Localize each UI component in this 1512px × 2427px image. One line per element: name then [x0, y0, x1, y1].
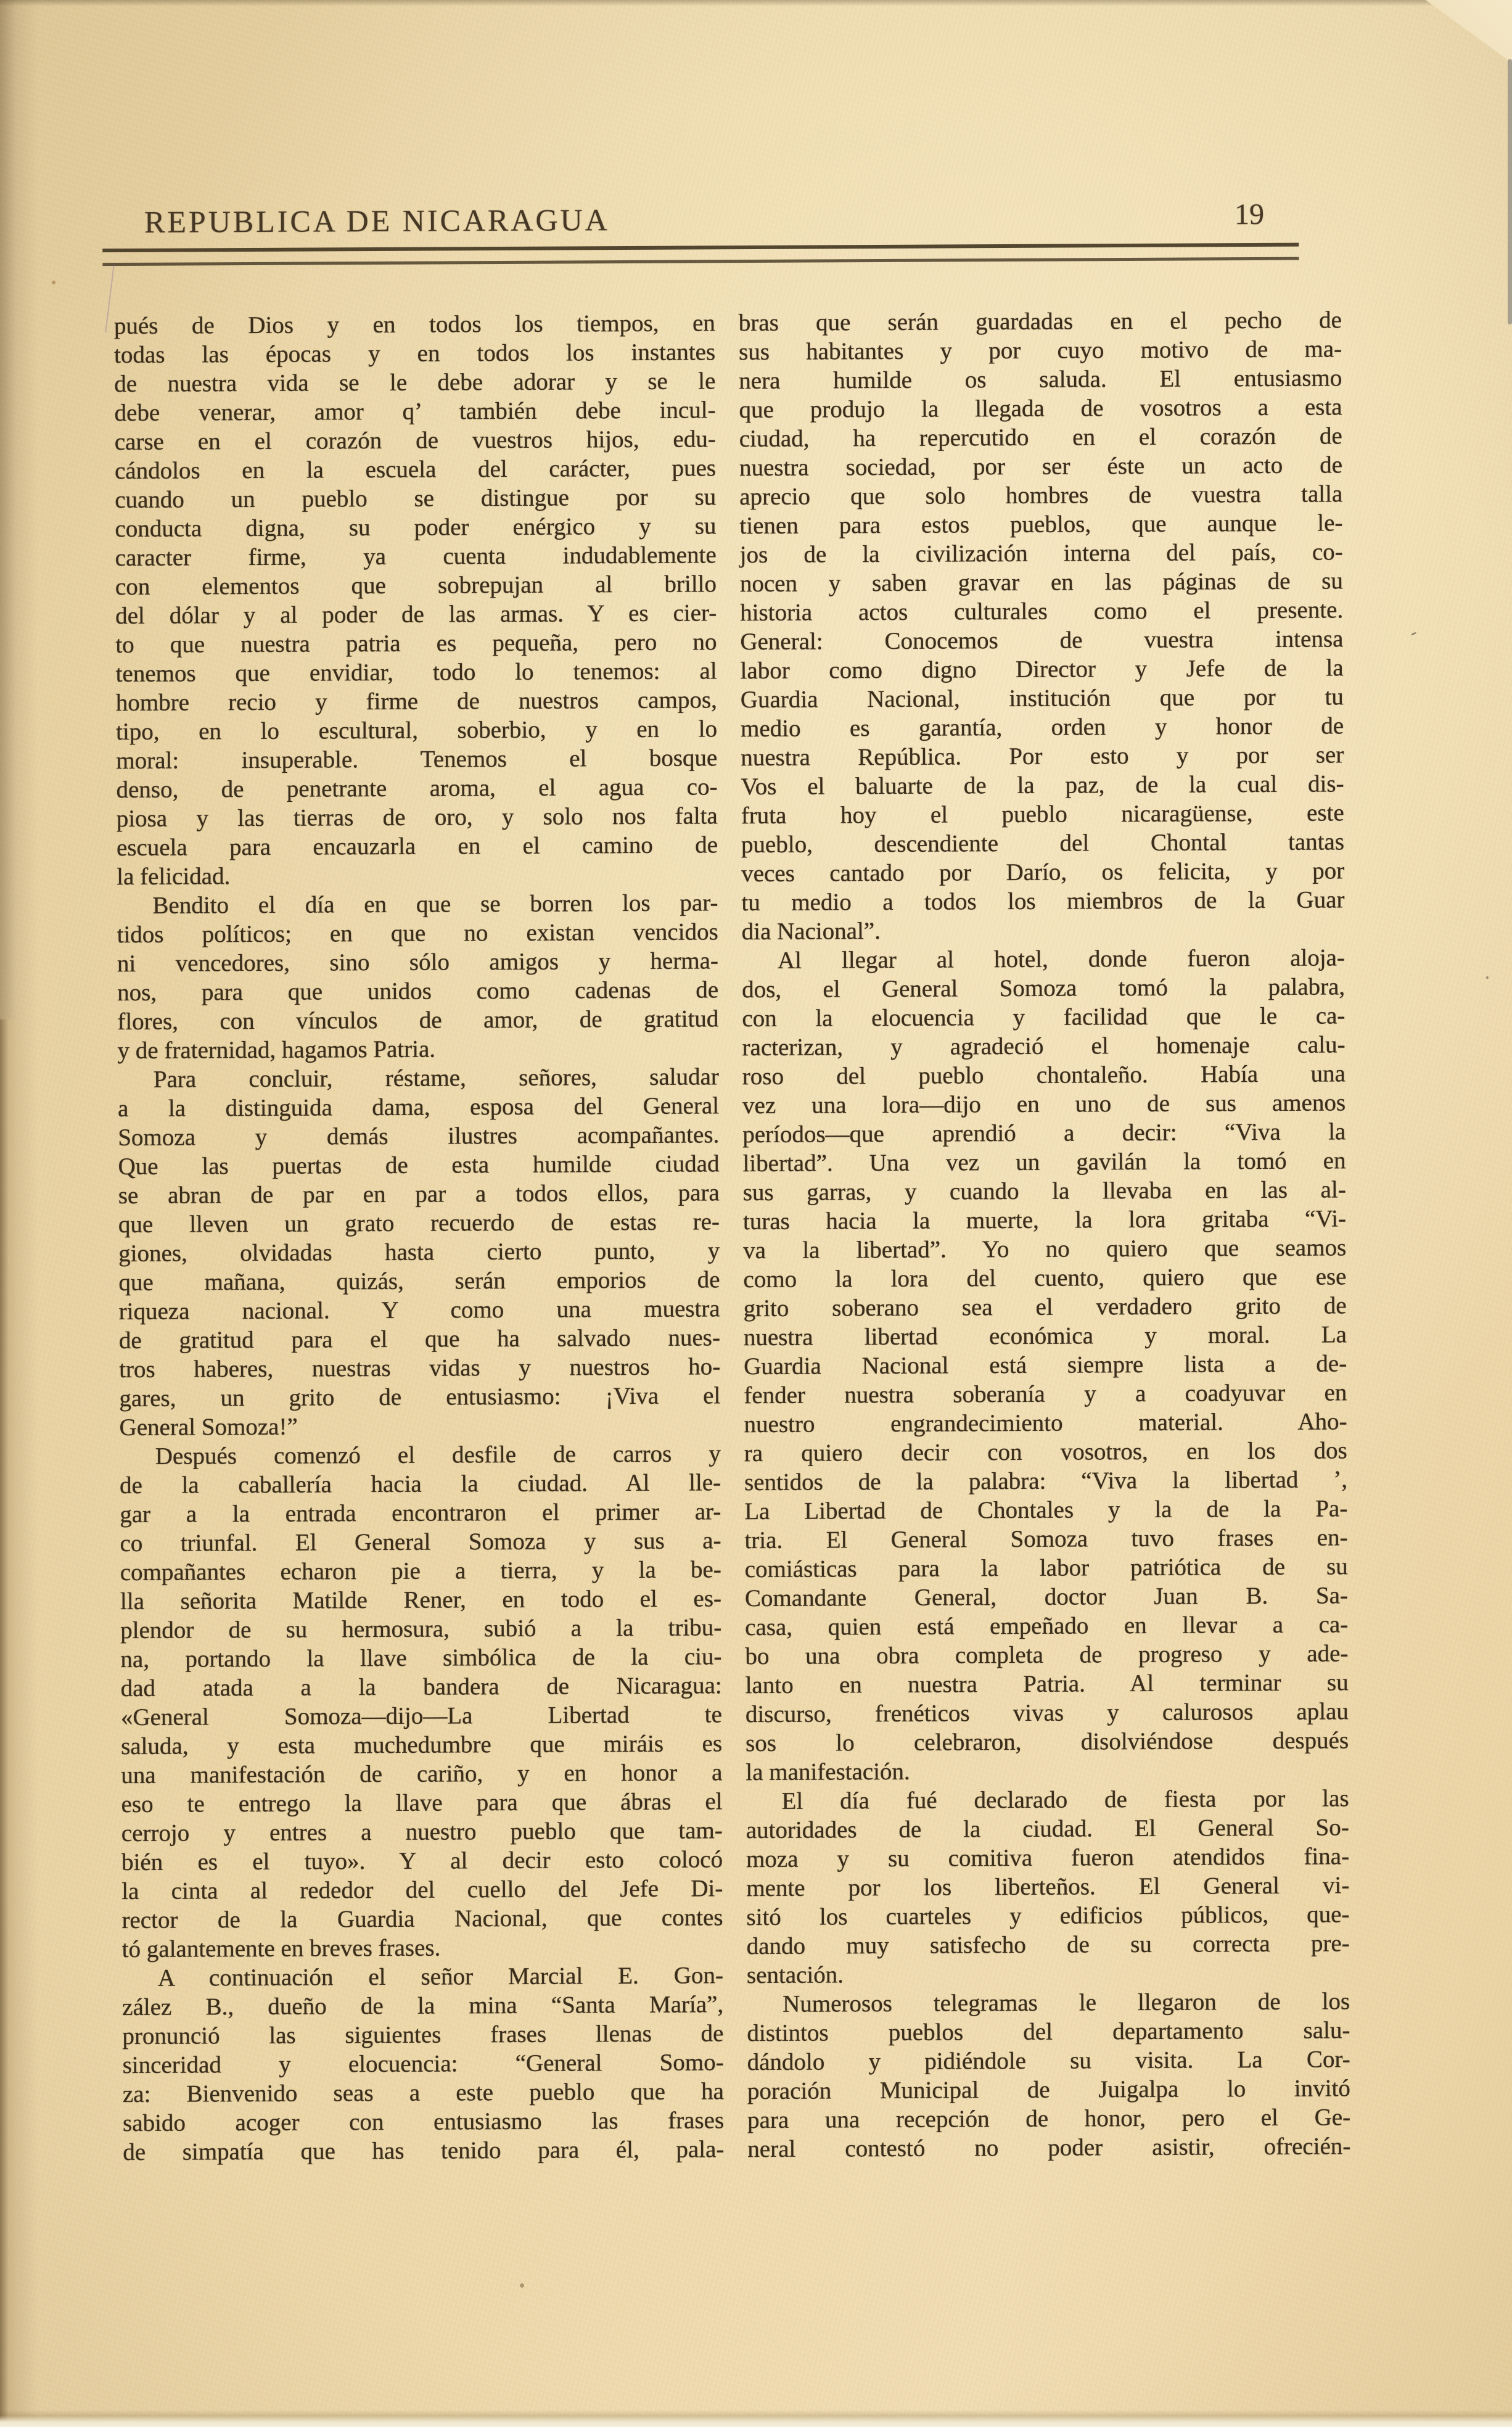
text-line: General: Conocemos de vuestra intensa [740, 624, 1343, 656]
paragraph: El día fué declarado de fiesta por lasau… [746, 1784, 1350, 1990]
text-line: caracter firme, ya cuenta indudablemente [115, 540, 717, 572]
text-line: bras que serán guardadas en el pecho de [739, 305, 1342, 337]
text-columns: pués de Dios y en todos los tiempos, ent… [114, 305, 1351, 2167]
paragraph: Numerosos telegramas le llegaron de losd… [747, 1987, 1350, 2164]
text-line: hombre recio y firme de nuestros campos, [116, 685, 717, 717]
text-line: General Somoza!” [119, 1410, 720, 1442]
text-line: La Libertad de Chontales y la de la Pa- [744, 1494, 1347, 1526]
text-line: sus habitantes y por cuyo motivo de ma- [739, 334, 1342, 366]
text-line: El día fué declarado de fiesta por las [746, 1784, 1349, 1816]
paragraph: Para concluir, réstame, señores, saludar… [118, 1062, 721, 1442]
text-line: cándolos en la escuela del carácter, pue… [115, 453, 716, 485]
text-line: nos, para que unidos como cadenas de [117, 975, 718, 1007]
text-line: que lleven un grato recuerdo de estas re… [118, 1207, 720, 1239]
text-line: sentación. [747, 1958, 1350, 1990]
text-line: pronunció las siguientes frases llenas d… [122, 2019, 723, 2051]
text-line: moral: insuperable. Tenemos el bosque [116, 743, 717, 775]
text-line: sitó los cuarteles y edificios públicos,… [746, 1900, 1349, 1932]
text-line: libertad”. Una vez un gavilán la tomó en [742, 1146, 1346, 1178]
text-line: sentidos de la palabra: “Viva la liberta… [744, 1465, 1347, 1497]
text-line: y de fraternidad, hagamos Patria. [118, 1033, 719, 1065]
text-line: Guardia Nacional está siempre lista a de… [744, 1349, 1347, 1381]
text-line: Vos el baluarte de la paz, de la cual di… [741, 769, 1344, 801]
text-line: saluda, y esta muchedumbre que miráis es [121, 1729, 722, 1761]
text-line: veces cantado por Darío, os felicita, y … [741, 856, 1344, 888]
right-column: bras que serán guardadas en el pecho des… [739, 305, 1351, 2164]
text-line: la felicidad. [117, 859, 718, 891]
text-line: nocen y saben gravar en las páginas de s… [740, 566, 1343, 598]
text-line: racterizan, y agradeció el homenaje calu… [742, 1030, 1345, 1062]
text-line: que mañana, quizás, serán emporios de [118, 1265, 720, 1297]
text-line: mente por los liberteños. El General vi- [746, 1871, 1349, 1903]
header-double-rule [102, 243, 1299, 266]
text-line: de simpatía que has tenido para él, pala… [123, 2135, 724, 2167]
text-line: tó galantemente en breves frases. [122, 1932, 723, 1964]
text-line: tu medio a todos los miembros de la Guar [741, 885, 1344, 917]
text-line: nuestra sociedad, por ser éste un acto d… [739, 450, 1342, 482]
text-line: sabido acoger con entusiasmo las frases [123, 2106, 724, 2138]
page-right-edge-sliver [1508, 59, 1512, 324]
text-line: de la caballería hacia la ciudad. Al lle… [120, 1468, 721, 1500]
text-line: gares, un grito de entusiasmo: ¡Viva el [119, 1381, 720, 1413]
text-line: Para concluir, réstame, señores, saludar [118, 1062, 719, 1094]
text-line: ra quiero decir con vosotros, en los dos [744, 1436, 1347, 1468]
text-line: gar a la entrada encontraron el primer a… [120, 1497, 721, 1529]
text-line: pueblo, descendiente del Chontal tantas [741, 827, 1344, 859]
text-line: fender nuestra soberanía y a coadyuvar e… [744, 1378, 1347, 1410]
text-line: tidos políticos; en que no existan venci… [117, 917, 718, 949]
text-line: neral contestó no poder asistir, ofrecié… [747, 2132, 1350, 2164]
text-line: jos de la civilización interna del país,… [740, 537, 1343, 569]
text-line: dando muy satisfecho de su correcta pre- [747, 1929, 1350, 1961]
text-line: piosa y las tierras de oro, y solo nos f… [117, 801, 718, 833]
text-line: flores, con vínculos de amor, de gratitu… [117, 1004, 718, 1036]
text-line: Al llegar al hotel, donde fueron aloja- [742, 943, 1345, 975]
text-line: fruta hoy el pueblo nicaragüense, este [741, 798, 1344, 830]
text-line: to que nuestra patria es pequeña, pero n… [115, 627, 717, 659]
scanned-book-page: REPUBLICA DE NICARAGUA 19 pués de Dios y… [0, 0, 1512, 2427]
text-line: casa, quien está empeñado en llevar a ca… [745, 1610, 1348, 1642]
left-column: pués de Dios y en todos los tiempos, ent… [114, 308, 725, 2167]
text-line: tros haberes, nuestras vidas y nuestros … [119, 1352, 720, 1384]
text-line: Después comenzó el desfile de carros y [120, 1439, 721, 1471]
text-line: labor como digno Director y Jefe de la [741, 653, 1344, 685]
text-line: Somoza y demás ilustres acompañantes. [118, 1120, 719, 1152]
text-line: rector de la Guardia Nacional, que conte… [121, 1903, 723, 1935]
text-line: Comandante General, doctor Juan B. Sa- [745, 1581, 1348, 1613]
paragraph: Bendito el día en que se borren los par-… [117, 888, 718, 1065]
text-line: sinceridad y elocuencia: “General Somo- [123, 2048, 724, 2080]
text-line: períodos—que aprendió a decir: “Viva la [742, 1117, 1346, 1149]
text-line: dos, el General Somoza tomó la palabra, [742, 972, 1345, 1004]
scan-bottom-edge [0, 2410, 1512, 2427]
text-line: A continuación el señor Marcial E. Gon- [122, 1961, 723, 1993]
text-line: historia actos culturales como el presen… [740, 595, 1343, 627]
text-line: la cinta al rededor del cuello del Jefe … [121, 1874, 723, 1906]
text-line: debe venerar, amor q’ también debe incul… [114, 395, 715, 427]
text-line: dia Nacional”. [742, 914, 1345, 946]
text-line: riqueza nacional. Y como una muestra [119, 1294, 720, 1326]
text-line: grito soberano sea el verdadero grito de [744, 1291, 1347, 1323]
text-line: compañantes echaron pie a tierra, y la b… [120, 1555, 721, 1587]
text-line: como la lora del cuento, quiero que ese [743, 1262, 1346, 1294]
text-line: nuestro engrandecimiento material. Aho- [744, 1407, 1347, 1439]
text-line: para una recepción de honor, pero el Ge- [747, 2103, 1350, 2135]
text-line: sus garras, y cuando la llevaba en las a… [743, 1175, 1346, 1207]
text-line: moza y su comitiva fueron atendidos fina… [746, 1842, 1349, 1874]
text-line: a la distinguida dama, esposa del Genera… [118, 1091, 719, 1123]
text-line: todas las épocas y en todos los instante… [114, 337, 715, 369]
paragraph: Después comenzó el desfile de carros yde… [120, 1439, 723, 1964]
text-line: co triunfal. El General Somoza y sus a- [120, 1526, 721, 1558]
printed-content: REPUBLICA DE NICARAGUA 19 pués de Dios y… [0, 0, 1512, 2427]
text-line: con elementos que sobrepujan al brillo [115, 569, 717, 601]
text-line: una manifestación de cariño, y en honor … [121, 1758, 722, 1790]
text-line: eso te entrego la llave para que ábras e… [121, 1787, 722, 1819]
text-line: de gratitud para el que ha salvado nues- [119, 1323, 720, 1355]
text-line: roso del pueblo chontaleño. Había una [742, 1059, 1346, 1091]
text-line: carse en el corazón de vuestros hijos, e… [115, 424, 716, 456]
text-line: plendor de su hermosura, subió a la trib… [120, 1613, 721, 1645]
text-line: tipo, en lo escultural, soberbio, y en l… [116, 714, 717, 746]
text-line: distintos pueblos del departamento salu- [747, 2016, 1350, 2048]
text-line: autoridades de la ciudad. El General So- [746, 1813, 1349, 1845]
text-line: lla señorita Matilde Rener, en todo el e… [120, 1584, 721, 1616]
text-line: bo una obra completa de progreso y ade- [745, 1639, 1348, 1671]
text-line: zález B., dueño de la mina “Santa María”… [122, 1990, 723, 2022]
text-line: ni vencedores, sino sólo amigos y herma- [117, 946, 718, 978]
text-line: que produjo la llegada de vosotros a est… [739, 392, 1342, 424]
text-line: aprecio que solo hombres de vuestra tall… [739, 479, 1342, 511]
text-line: dándolo y pidiéndole su visita. La Cor- [747, 2045, 1350, 2077]
ink-speck [520, 2283, 524, 2288]
text-line: cuando un pueblo se distingue por su [115, 482, 716, 514]
text-line: turas hacia la muerte, la lora gritaba “… [743, 1204, 1346, 1236]
text-line: tria. El General Somoza tuvo frases en- [744, 1523, 1347, 1555]
text-line: ciudad, ha repercutido en el corazón de [739, 421, 1342, 453]
text-line: na, portando la llave simbólica de la ci… [120, 1642, 721, 1674]
text-line: la manifestación. [746, 1755, 1349, 1787]
paragraph: Al llegar al hotel, donde fueron aloja-d… [742, 943, 1349, 1787]
text-line: de nuestra vida se le debe adorar y se l… [114, 366, 715, 398]
ink-speck [1486, 976, 1489, 979]
text-line: nera humilde os saluda. El entusiasmo [739, 363, 1342, 395]
paragraph: A continuación el señor Marcial E. Gon-z… [122, 1961, 725, 2167]
text-line: Que las puertas de esta humilde ciudad [118, 1149, 719, 1181]
page-left-deckle-edge [0, 1020, 25, 2427]
text-line: va la libertad”. Yo no quiero que seamos [743, 1233, 1346, 1265]
text-line: giones, olvidadas hasta cierto punto, y [118, 1236, 720, 1268]
text-line: tienen para estos pueblos, que aunque le… [739, 508, 1342, 540]
text-line: sos lo celebraron, disolviéndose después [746, 1726, 1349, 1758]
text-line: comiásticas para la labor patriótica de … [745, 1552, 1348, 1584]
text-line: «General Somoza—dijo—La Libertad te [121, 1700, 722, 1732]
text-line: discurso, frenéticos vivas y calurosos a… [746, 1697, 1349, 1729]
text-line: con la elocuencia y facilidad que le ca- [742, 1001, 1345, 1033]
page-number: 19 [1235, 197, 1264, 231]
text-line: Bendito el día en que se borren los par- [117, 888, 718, 920]
running-header-title: REPUBLICA DE NICARAGUA [144, 202, 610, 240]
text-line: poración Municipal de Juigalpa lo invitó [747, 2074, 1350, 2106]
text-line: denso, de penetrante aroma, el agua co- [116, 772, 717, 804]
text-line: nuestra República. Por esto y por ser [741, 740, 1344, 772]
text-line: vez una lora—dijo en uno de sus amenos [742, 1088, 1346, 1120]
text-line: tenemos que envidiar, todo lo tenemos: a… [116, 656, 717, 688]
page-top-edge-shadow [0, 0, 1512, 6]
text-line: cerrojo y entres a nuestro pueblo que ta… [121, 1816, 723, 1848]
paragraph: bras que serán guardadas en el pecho des… [739, 305, 1345, 946]
text-line: del dólar y al poder de las armas. Y es … [115, 598, 717, 630]
paragraph: pués de Dios y en todos los tiempos, ent… [114, 308, 718, 891]
text-line: za: Bienvenido seas a este pueblo que ha [123, 2077, 724, 2109]
text-line: conducta digna, su poder enérgico y su [115, 511, 716, 543]
text-line: medio es garantía, orden y honor de [741, 711, 1344, 743]
text-line: Guardia Nacional, institución que por tu [741, 682, 1344, 714]
text-line: pués de Dios y en todos los tiempos, en [114, 308, 715, 340]
text-line: Numerosos telegramas le llegaron de los [747, 1987, 1350, 2019]
text-line: bién es el tuyo». Y al decir esto colocó [121, 1845, 723, 1877]
text-line: lanto en nuestra Patria. Al terminar su [746, 1668, 1349, 1700]
text-line: escuela para encauzarla en el camino de [117, 830, 718, 862]
text-line: se abran de par en par a todos ellos, pa… [118, 1178, 720, 1210]
text-line: dad atada a la bandera de Nicaragua: [121, 1671, 722, 1703]
ink-speck [52, 281, 55, 284]
text-line: nuestra libertad económica y moral. La [744, 1320, 1347, 1352]
